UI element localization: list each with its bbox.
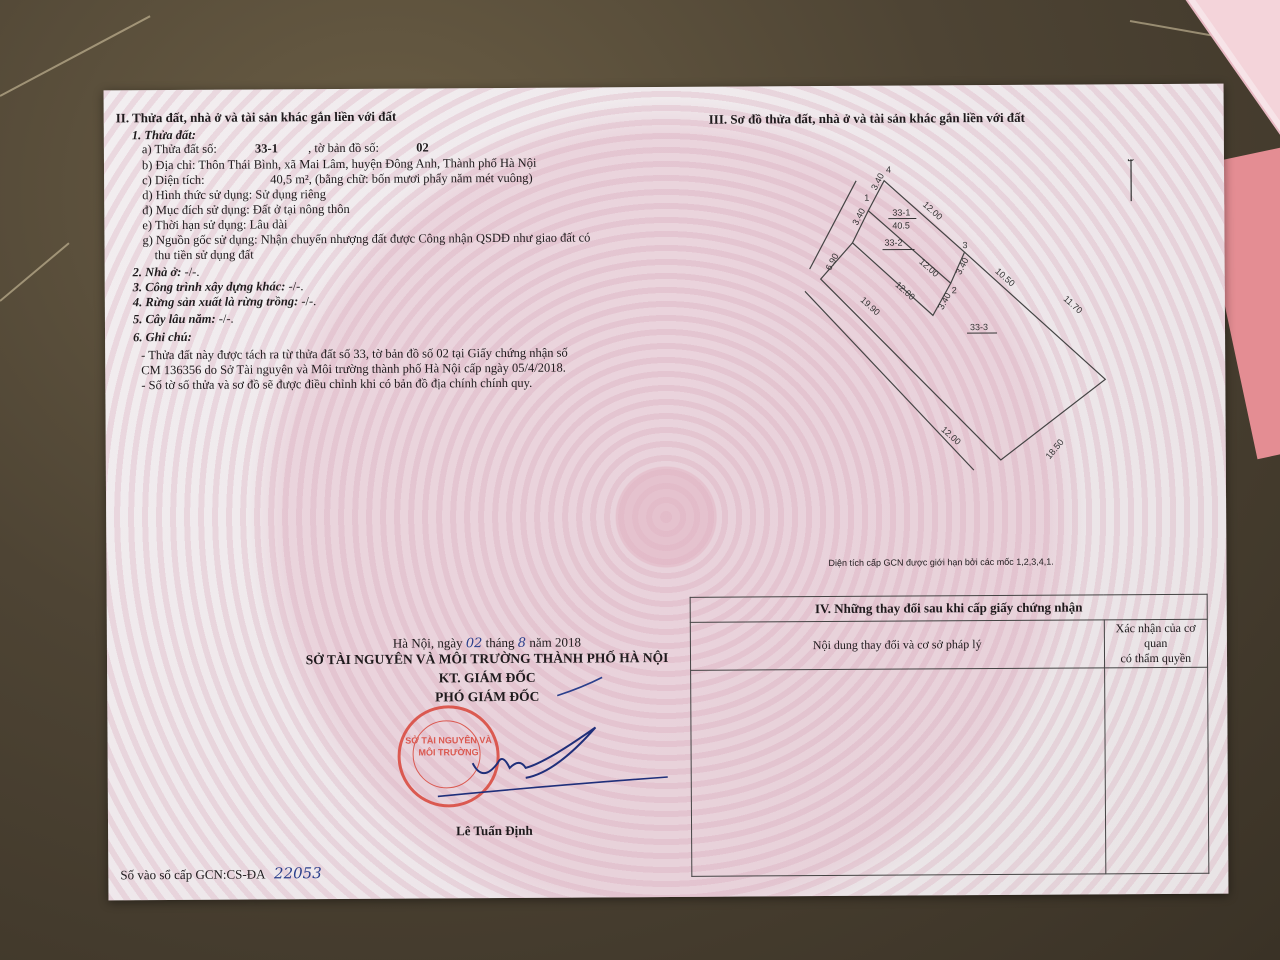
confirmation-column-header: Xác nhận của cơ quan có thẩm quyền <box>1104 619 1208 668</box>
svg-text:6.90: 6.90 <box>824 252 841 272</box>
svg-text:2: 2 <box>952 285 957 295</box>
house-row: 2. Nhà ở: -/-. <box>133 265 200 280</box>
purpose-row: đ) Mục đích sử dụng: Đất ở tại nông thôn <box>142 202 350 218</box>
section-2-title: II. Thửa đất, nhà ở và tài sản khác gắn … <box>116 109 397 127</box>
origin-label: g) Nguồn gốc sử dụng: <box>142 232 257 247</box>
svg-text:1: 1 <box>864 193 869 203</box>
changes-column-header: Nội dung thay đổi và cơ sở pháp lý <box>690 620 1104 671</box>
svg-text:12.00: 12.00 <box>893 280 916 302</box>
parcel-number-row: a) Thửa đất số: 33-1 , tờ bản đồ số: 02 <box>142 140 429 157</box>
signature-mark <box>427 667 688 809</box>
parcel-number: 33-1 <box>255 141 305 156</box>
marble-vein <box>0 242 70 301</box>
svg-text:19.90: 19.90 <box>859 295 882 317</box>
purpose-value: Đất ở tại nông thôn <box>253 202 350 217</box>
registry-number: 22053 <box>274 864 322 882</box>
changes-table: IV. Những thay đổi sau khi cấp giấy chứn… <box>690 594 1210 877</box>
map-sheet-number: 02 <box>416 140 429 154</box>
signer-name: Lê Tuấn Định <box>456 823 533 839</box>
purpose-label: đ) Mục đích sử dụng: <box>142 203 250 218</box>
month-label: tháng <box>486 635 515 650</box>
forest-value: -/-. <box>301 294 316 308</box>
other-construction-label: 3. Công trình xây dựng khác: <box>133 279 286 294</box>
parcel-label: a) Thửa đất số: <box>142 142 252 158</box>
svg-text:3.40: 3.40 <box>954 256 971 276</box>
note-line: - Số tờ số thửa và sơ đồ sẽ được điều ch… <box>141 376 532 393</box>
parcel-diagram-svg: B 33-1 40.5 33-2 33-3 <box>804 159 1167 581</box>
svg-text:12.00: 12.00 <box>917 256 940 278</box>
north-arrow-icon: B <box>1127 159 1135 201</box>
address-value: Thôn Thái Bình, xã Mai Lâm, huyện Đông A… <box>198 156 536 172</box>
address-label: b) Địa chỉ: <box>142 158 196 172</box>
svg-text:3.40: 3.40 <box>936 291 953 311</box>
handwritten-month: 8 <box>518 636 526 651</box>
other-construction-value: -/-. <box>288 279 303 293</box>
origin-row: g) Nguồn gốc sử dụng: Nhận chuyển nhượng… <box>142 230 590 248</box>
confirmation-cell <box>1104 667 1209 874</box>
place-date-prefix: Hà Nội, ngày <box>393 635 463 650</box>
house-label: 2. Nhà ở: <box>133 265 182 279</box>
origin-value: Nhận chuyển nhượng đất được Công nhận QS… <box>261 230 591 246</box>
diagram-note: Diện tích cấp GCN được giới hạn bởi các … <box>828 557 1053 568</box>
svg-text:33-3: 33-3 <box>970 322 988 332</box>
svg-text:33-2: 33-2 <box>884 238 902 248</box>
usage-form-label: d) Hình thức sử dụng: <box>142 188 252 203</box>
usage-form-value: Sử dụng riêng <box>255 187 326 201</box>
handwritten-day: 02 <box>466 636 483 651</box>
section-4-title: IV. Những thay đổi sau khi cấp giấy chứn… <box>690 594 1207 622</box>
usage-form-row: d) Hình thức sử dụng: Sử dụng riêng <box>142 187 326 203</box>
forest-row: 4. Rừng sản xuất là rừng trồng: -/-. <box>133 294 317 310</box>
svg-text:18.50: 18.50 <box>1044 437 1066 461</box>
marble-vein <box>0 15 151 97</box>
term-value: Lâu dài <box>250 217 288 231</box>
land-use-certificate-page: II. Thửa đất, nhà ở và tài sản khác gắn … <box>104 84 1229 901</box>
dimension-labels: 3.40 3.40 6.90 12.00 12.00 12.00 3.40 3.… <box>823 170 1085 462</box>
map-sheet-label: , tờ bản đồ số: <box>308 141 413 157</box>
origin-continued: thu tiền sử dụng đất <box>155 248 254 264</box>
svg-text:40.5: 40.5 <box>892 221 910 231</box>
forest-label: 4. Rừng sản xuất là rừng trồng: <box>133 294 298 309</box>
perennial-row: 5. Cây lâu năm: -/-. <box>133 312 234 328</box>
svg-text:B: B <box>1127 159 1134 164</box>
svg-text:33-1: 33-1 <box>892 208 910 218</box>
other-construction-row: 3. Công trình xây dựng khác: -/-. <box>133 279 304 295</box>
section-3-title: III. Sơ đồ thửa đất, nhà ở và tài sản kh… <box>709 110 1025 128</box>
svg-text:12.00: 12.00 <box>939 424 962 446</box>
registry-row: Số vào sổ cấp GCN:CS-ĐA 22053 <box>120 864 322 883</box>
registry-label: Số vào sổ cấp GCN:CS-ĐA <box>120 866 265 882</box>
term-row: e) Thời hạn sử dụng: Lâu dài <box>142 217 287 233</box>
agency-name: SỞ TÀI NGUYÊN VÀ MÔI TRƯỜNG THÀNH PHỐ HÀ… <box>267 650 707 669</box>
svg-text:11.70: 11.70 <box>1062 294 1085 316</box>
confirmation-header-line: có thẩm quyền <box>1106 651 1206 667</box>
svg-text:3: 3 <box>962 240 967 250</box>
svg-text:12.00: 12.00 <box>921 199 944 221</box>
changes-cell <box>691 668 1106 877</box>
parcel-diagram: B 33-1 40.5 33-2 33-3 <box>804 159 1167 581</box>
confirmation-header-line: Xác nhận của cơ quan <box>1105 621 1206 652</box>
notes-label: 6. Ghi chú: <box>133 330 192 345</box>
area-label: c) Diện tích: <box>142 172 267 188</box>
svg-text:10.50: 10.50 <box>993 266 1016 288</box>
house-value: -/-. <box>184 265 199 279</box>
perennial-label: 5. Cây lâu năm: <box>133 312 216 327</box>
perennial-value: -/-. <box>219 312 234 326</box>
area-value: 40,5 m², (bằng chữ: bốn mươi phẩy năm mé… <box>270 171 533 187</box>
year: năm 2018 <box>529 635 581 650</box>
svg-text:4: 4 <box>886 165 891 175</box>
area-row: c) Diện tích: 40,5 m², (bằng chữ: bốn mư… <box>142 171 533 188</box>
term-label: e) Thời hạn sử dụng: <box>142 218 246 233</box>
